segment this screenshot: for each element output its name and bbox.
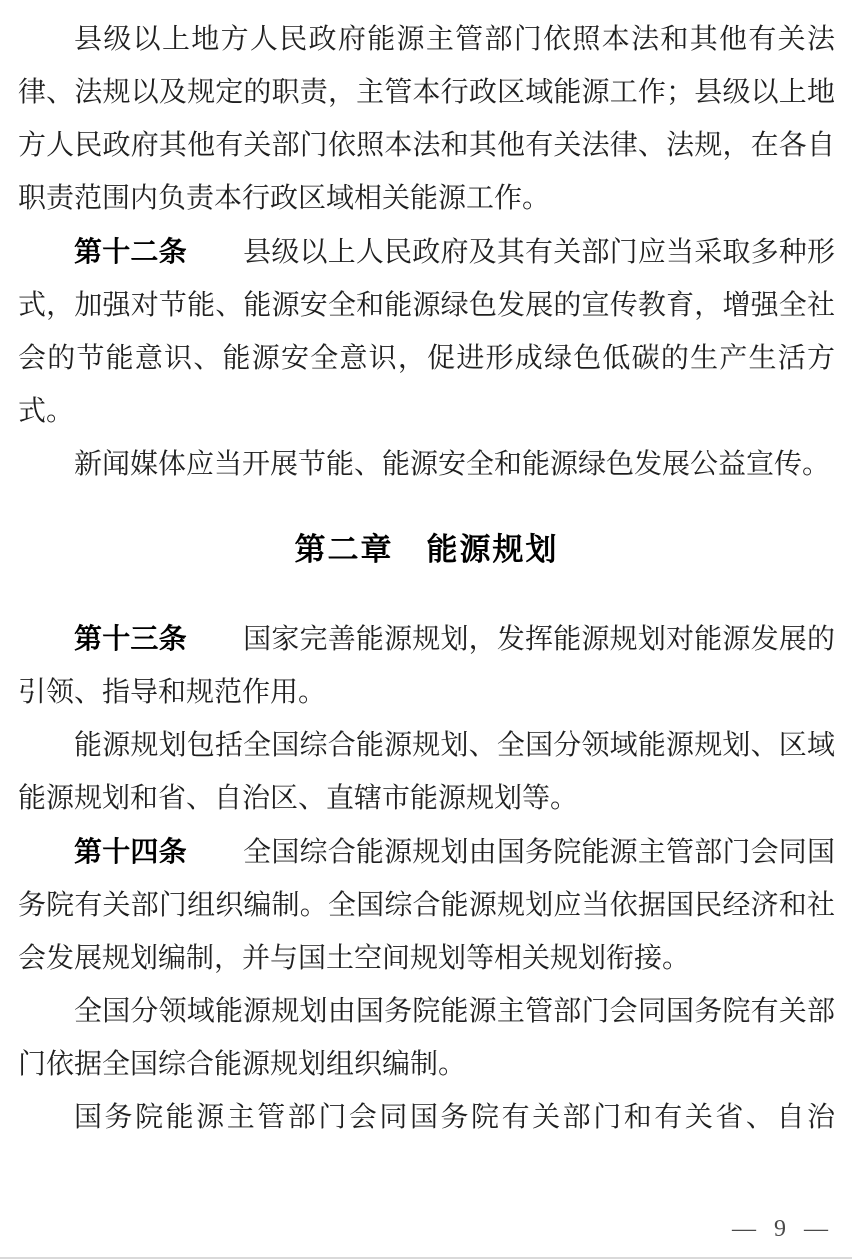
document-page: 县级以上地方人民政府能源主管部门依照本法和其他有关法律、法规以及规定的职责，主管… xyxy=(0,0,852,1259)
body-paragraph: 全国分领域能源规划由国务院能源主管部门会同国务院有关部门依据全国综合能源规划组织… xyxy=(18,985,835,1091)
article-number: 第十三条 xyxy=(74,623,187,654)
body-paragraph: 能源规划包括全国综合能源规划、全国分领域能源规划、区域能源规划和省、自治区、直辖… xyxy=(18,719,835,825)
chapter-heading: 第二章 能源规划 xyxy=(18,523,835,576)
article-paragraph: 第十四条 全国综合能源规划由国务院能源主管部门会同国务院有关部门组织编制。全国综… xyxy=(18,825,835,985)
body-paragraph: 新闻媒体应当开展节能、能源安全和能源绿色发展公益宣传。 xyxy=(18,438,835,491)
article-number: 第十四条 xyxy=(74,836,187,867)
article-paragraph: 第十二条 县级以上人民政府及其有关部门应当采取多种形式，加强对节能、能源安全和能… xyxy=(18,225,835,438)
article-number: 第十二条 xyxy=(74,236,187,267)
article-paragraph: 第十三条 国家完善能源规划，发挥能源规划对能源发展的引领、指导和规范作用。 xyxy=(18,612,835,719)
document-content: 县级以上地方人民政府能源主管部门依照本法和其他有关法律、法规以及规定的职责，主管… xyxy=(18,13,835,1144)
page-number: — 9 — xyxy=(732,1215,834,1243)
body-paragraph: 国务院能源主管部门会同国务院有关部门和有关省、自治 xyxy=(18,1091,835,1144)
body-paragraph: 县级以上地方人民政府能源主管部门依照本法和其他有关法律、法规以及规定的职责，主管… xyxy=(18,13,835,225)
